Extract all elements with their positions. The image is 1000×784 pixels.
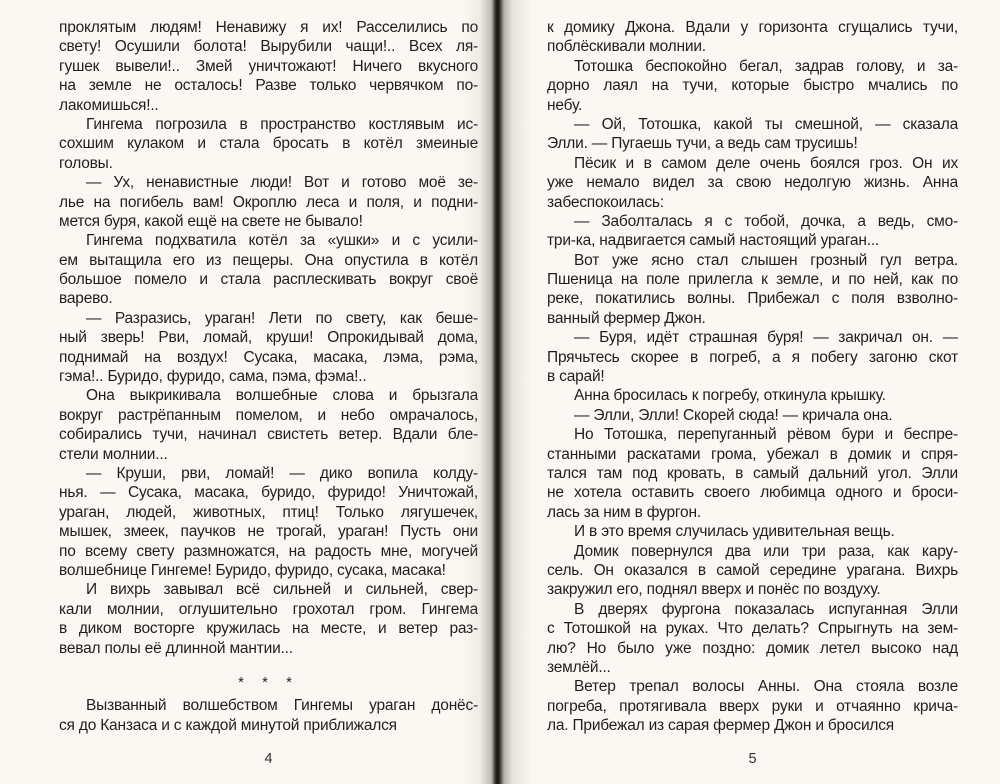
text-line: Пёсик и в самом деле очень боялся гроз. … [547, 154, 958, 173]
page-number-right: 5 [547, 750, 958, 768]
text-line: — Круши, рви, ломай! — дико вопила колду… [59, 464, 478, 483]
paragraph: Анна бросилась к погребу, откинула крышк… [547, 386, 958, 405]
text-line: ураган, людей, животных, птиц! Только ля… [59, 503, 478, 522]
text-line: ванный фермер Джон. [547, 309, 958, 328]
text-line: не хотела оставить своего любимца одного… [547, 483, 958, 502]
text-line: в сарай! [547, 367, 958, 386]
text-line: сель. Он оказался в самой середине урага… [547, 561, 958, 580]
paragraph: — Ой, Тотошка, какой ты смешной, — сказа… [547, 115, 958, 154]
text-line: Ветер трепал волосы Анны. Она стояла воз… [547, 677, 958, 696]
text-line: вевал полы её длинной мантии... [59, 639, 478, 658]
paragraph: к домику Джона. Вдали у горизонта сгущал… [547, 18, 958, 57]
text-line: гушек вывели!.. Змей уничтожают! Ничего … [59, 57, 478, 76]
text-line: погреба, протягивала вверх руки и отчаян… [547, 697, 958, 716]
paragraph: Гингема погрозила в пространство костляв… [59, 115, 478, 173]
text-line: ся до Канзаса и с каждой минутой приближ… [59, 716, 478, 735]
page-4-text-column: проклятым людям! Ненавижу я их! Расселил… [59, 18, 478, 735]
text-line: Она выкрикивала волшебные слова и брызга… [59, 386, 478, 405]
text-line: тался там под кровать, в самый дальний у… [547, 464, 958, 483]
text-line: В дверях фургона показалась испуганная Э… [547, 600, 958, 619]
text-line: поблёскивали молнии. [547, 37, 958, 56]
paragraph: Домик повернулся два или три раза, как к… [547, 542, 958, 600]
text-line: свету! Осушили болота! Вырубили чащи!.. … [59, 37, 478, 56]
text-line: реке, покатились волны. Прибежал с поля … [547, 289, 958, 308]
text-line: головы. [59, 154, 478, 173]
text-line: вокруг растрёпанным помелом, и небо омра… [59, 406, 478, 425]
text-line: лю? Но было уже поздно: домик летел высо… [547, 639, 958, 658]
text-line: лакомишься!.. [59, 96, 478, 115]
text-line: лась за ним в фургон. [547, 503, 958, 522]
section-separator: * * * [59, 673, 478, 692]
text-line: — Элли, Элли! Скорей сюда! — кричала она… [547, 406, 958, 425]
paragraph: — Ух, ненавистные люди! Вот и готово моё… [59, 173, 478, 231]
text-line: — Ой, Тотошка, какой ты смешной, — сказа… [547, 115, 958, 134]
paragraph: Гингема подхватила котёл за «ушки» и с у… [59, 231, 478, 309]
paragraph: Вот уже ясно стал слышен грозный гул вет… [547, 251, 958, 329]
text-line: Домик повернулся два или три раза, как к… [547, 542, 958, 561]
text-line: И вихрь завывал всё сильней и сильней, с… [59, 580, 478, 599]
text-line: забеспокоилась: [547, 193, 958, 212]
paragraph: Пёсик и в самом деле очень боялся гроз. … [547, 154, 958, 212]
paragraph: Но Тотошка, перепуганный рёвом бури и бе… [547, 425, 958, 522]
text-line: дорно лаял на тучи, которые быстро мчали… [547, 76, 958, 95]
text-line: к домику Джона. Вдали у горизонта сгущал… [547, 18, 958, 37]
text-line: проклятым людям! Ненавижу я их! Расселил… [59, 18, 478, 37]
text-line: ла. Прибежал из сарая фермер Джон и брос… [547, 716, 958, 735]
text-line: Пшеница на поле прилегла к земле, и по н… [547, 270, 958, 289]
text-line: сохшим кулаком и стала бросать в котёл з… [59, 134, 478, 153]
text-line: Элли. — Пугаешь тучи, а ведь сам трусишь… [547, 134, 958, 153]
paragraph: — Разразись, ураган! Лети по свету, как … [59, 309, 478, 387]
text-line: станными раскатами грома, убежал в домик… [547, 445, 958, 464]
text-line: Гингема погрозила в пространство костляв… [59, 115, 478, 134]
text-line: Вот уже ясно стал слышен грозный гул вет… [547, 251, 958, 270]
text-line: ем вытащила его из пещеры. Она опустила … [59, 251, 478, 270]
paragraph: Она выкрикивала волшебные слова и брызга… [59, 386, 478, 464]
text-line: нья. — Сусака, масака, буридо, фуридо! У… [59, 483, 478, 502]
text-line: по всему свету размножатся, на радость м… [59, 542, 478, 561]
text-line: волшебнице Гингеме! Буридо, фуридо, суса… [59, 561, 478, 580]
paragraph: — Круши, рви, ломай! — дико вопила колду… [59, 464, 478, 580]
text-line: гэма!.. Буридо, фуридо, сама, пэма, фэма… [59, 367, 478, 386]
text-line: лье на погибель вам! Окроплю леса и поля… [59, 193, 478, 212]
text-line: — Ух, ненавистные люди! Вот и готово моё… [59, 173, 478, 192]
paragraph: В дверях фургона показалась испуганная Э… [547, 600, 958, 678]
text-line: мется буря, какой ещё на свете не бывало… [59, 212, 478, 231]
text-line: поднимай на воздух! Сусака, масака, лэма… [59, 348, 478, 367]
page-number-left: 4 [59, 750, 478, 768]
paragraph: проклятым людям! Ненавижу я их! Расселил… [59, 18, 478, 115]
text-line: три-ка, надвигается самый настоящий ураг… [547, 231, 958, 250]
text-line: Но Тотошка, перепуганный рёвом бури и бе… [547, 425, 958, 444]
text-line: Тотошка беспокойно бегал, задрав голову,… [547, 57, 958, 76]
book-binding-gutter [462, 0, 532, 784]
paragraph: И вихрь завывал всё сильней и сильней, с… [59, 580, 478, 658]
text-line: закружил его, поднял вверх и понёс по во… [547, 580, 958, 599]
page-5-text-column: к домику Джона. Вдали у горизонта сгущал… [547, 18, 958, 735]
paragraph: — Заболталась я с тобой, дочка, а ведь, … [547, 212, 958, 251]
paragraph: Вызванный волшебством Гингемы ураган дон… [59, 696, 478, 735]
paragraph: — Элли, Элли! Скорей сюда! — кричала она… [547, 406, 958, 425]
text-line: ный зверь! Рви, ломай, круши! Опрокидыва… [59, 328, 478, 347]
paragraph: Ветер трепал волосы Анны. Она стояла воз… [547, 677, 958, 735]
text-line: Гингема подхватила котёл за «ушки» и с у… [59, 231, 478, 250]
book-spread: проклятым людям! Ненавижу я их! Расселил… [0, 0, 1000, 784]
text-line: Вызванный волшебством Гингемы ураган дон… [59, 696, 478, 715]
text-line: — Заболталась я с тобой, дочка, а ведь, … [547, 212, 958, 231]
text-line: — Буря, идёт страшная буря! — закричал о… [547, 328, 958, 347]
text-line: в диком восторге кружилась на месте, и в… [59, 619, 478, 638]
paragraph: И в это время случилась удивительная вещ… [547, 522, 958, 541]
text-line: на земле не осталось! Разве только червя… [59, 76, 478, 95]
paragraph: — Буря, идёт страшная буря! — закричал о… [547, 328, 958, 386]
text-line: Анна бросилась к погребу, откинула крышк… [547, 386, 958, 405]
text-line: с Тотошкой на руках. Что делать? Спрыгну… [547, 619, 958, 638]
text-line: И в это время случилась удивительная вещ… [547, 522, 958, 541]
text-line: варево. [59, 289, 478, 308]
text-line: стели молнии... [59, 445, 478, 464]
text-line: большое помело и стала расплескивать вок… [59, 270, 478, 289]
text-line: уже немало видел за свою недолгую жизнь.… [547, 173, 958, 192]
text-line: землёй... [547, 658, 958, 677]
text-line: Прячьтесь скорее в погреб, а я побегу за… [547, 348, 958, 367]
text-line: — Разразись, ураган! Лети по свету, как … [59, 309, 478, 328]
text-line: небу. [547, 96, 958, 115]
text-line: мышек, змеек, паучков не трогай, ураган!… [59, 522, 478, 541]
text-line: кали молнии, оглушительно грохотал гром.… [59, 600, 478, 619]
text-line: собирались тучи, начинал свистеть ветер.… [59, 425, 478, 444]
paragraph: Тотошка беспокойно бегал, задрав голову,… [547, 57, 958, 115]
